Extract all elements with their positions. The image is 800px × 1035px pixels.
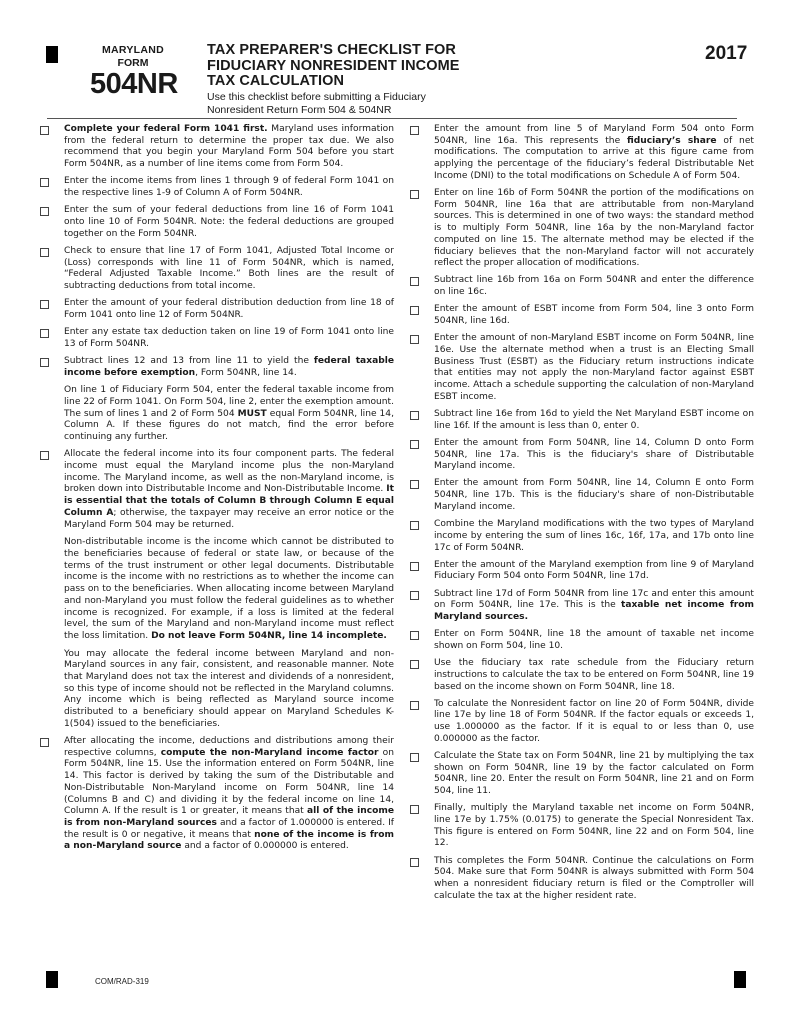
checklist-item-text: After allocating the income, deductions … bbox=[64, 736, 394, 853]
document-title-block: TAX PREPARER'S CHECKLIST FOR FIDUCIARY N… bbox=[207, 43, 460, 117]
checklist-item: Allocate the federal income into its fou… bbox=[40, 449, 394, 730]
empty-checkbox-icon[interactable] bbox=[410, 190, 419, 199]
registration-mark-bottom-right bbox=[734, 971, 746, 988]
checklist-item: Calculate the State tax on Form 504NR, l… bbox=[410, 751, 754, 798]
checklist-item-text: Subtract line 16b from 16a on Form 504NR… bbox=[434, 275, 754, 298]
checklist-item-text: Use the fiduciary tax rate schedule from… bbox=[434, 658, 754, 693]
checklist-item-text: Enter the amount from Form 504NR, line 1… bbox=[434, 438, 754, 473]
body-text: and a factor of 0.000000 is entered. bbox=[181, 841, 348, 851]
checklist-item-text: This completes the Form 504NR. Continue … bbox=[434, 856, 754, 903]
empty-checkbox-icon[interactable] bbox=[410, 701, 419, 710]
body-text: To calculate the Nonresident factor on l… bbox=[434, 699, 754, 744]
checklist-item-text: Complete your federal Form 1041 first. M… bbox=[64, 124, 394, 171]
subtitle-line-2: Nonresident Return Form 504 & 504NR bbox=[207, 104, 460, 117]
checklist-item: Enter the amount of your federal distrib… bbox=[40, 298, 394, 321]
page-title-line-1: TAX PREPARER'S CHECKLIST FOR bbox=[207, 43, 460, 59]
body-text: Enter the amount from Form 504NR, line 1… bbox=[434, 438, 754, 471]
empty-checkbox-icon[interactable] bbox=[410, 805, 419, 814]
body-text: This completes the Form 504NR. Continue … bbox=[434, 856, 754, 901]
checklist-item: Enter the amount of non-Maryland ESBT in… bbox=[410, 333, 754, 403]
body-text: Subtract lines 12 and 13 from line 11 to… bbox=[64, 356, 314, 366]
body-text: Enter on line 16b of Form 504NR the port… bbox=[434, 188, 754, 268]
empty-checkbox-icon[interactable] bbox=[410, 480, 419, 489]
body-text: Enter on Form 504NR, line 18 the amount … bbox=[434, 629, 754, 651]
checklist-item: Check to ensure that line 17 of Form 104… bbox=[40, 246, 394, 293]
checklist-item: Subtract line 16b from 16a on Form 504NR… bbox=[410, 275, 754, 298]
form-number: 504NR bbox=[90, 69, 176, 99]
checklist-item: Enter the amount from Form 504NR, line 1… bbox=[410, 438, 754, 473]
checklist-item: After allocating the income, deductions … bbox=[40, 736, 394, 853]
checklist-item: Enter any estate tax deduction taken on … bbox=[40, 327, 394, 350]
body-text: Enter the amount of your federal distrib… bbox=[64, 298, 394, 320]
emphasis-text: Complete your federal Form 1041 first. bbox=[64, 124, 268, 134]
empty-checkbox-icon[interactable] bbox=[410, 335, 419, 344]
registration-mark-top-left bbox=[46, 46, 58, 63]
checklist-item-text: On line 1 of Fiduciary Form 504, enter t… bbox=[64, 385, 394, 444]
empty-checkbox-icon[interactable] bbox=[410, 411, 419, 420]
empty-checkbox-icon[interactable] bbox=[40, 178, 49, 187]
emphasis-text: Do not leave Form 504NR, line 14 incompl… bbox=[151, 631, 387, 641]
empty-checkbox-icon[interactable] bbox=[410, 753, 419, 762]
tax-year: 2017 bbox=[705, 43, 747, 65]
checklist-right-column: Enter the amount from line 5 of Maryland… bbox=[410, 124, 754, 908]
checklist-item: This completes the Form 504NR. Continue … bbox=[410, 856, 754, 903]
checklist-item-text: Enter the amount of ESBT income from For… bbox=[434, 304, 754, 327]
empty-checkbox-icon[interactable] bbox=[410, 858, 419, 867]
body-text: Calculate the State tax on Form 504NR, l… bbox=[434, 751, 754, 796]
checklist-item: Subtract line 17d of Form 504NR from lin… bbox=[410, 589, 754, 624]
body-text: Subtract line 16e from 16d to yield the … bbox=[434, 409, 754, 431]
checklist-item-text: Subtract line 17d of Form 504NR from lin… bbox=[434, 589, 754, 624]
checklist-item: Enter the sum of your federal deductions… bbox=[40, 205, 394, 240]
empty-checkbox-icon[interactable] bbox=[40, 738, 49, 747]
body-text: ; otherwise, the taxpayer may receive an… bbox=[64, 508, 394, 530]
checklist-item: Finally, multiply the Maryland taxable n… bbox=[410, 803, 754, 850]
empty-checkbox-icon[interactable] bbox=[40, 358, 49, 367]
empty-checkbox-icon[interactable] bbox=[410, 277, 419, 286]
checklist-item-text: Enter any estate tax deduction taken on … bbox=[64, 327, 394, 350]
checklist-item-text: Subtract lines 12 and 13 from line 11 to… bbox=[64, 356, 394, 379]
empty-checkbox-icon[interactable] bbox=[40, 126, 49, 135]
header-divider bbox=[47, 118, 737, 119]
checklist-item-text: Enter the amount of your federal distrib… bbox=[64, 298, 394, 321]
checklist-item: Combine the Maryland modifications with … bbox=[410, 519, 754, 554]
empty-checkbox-icon[interactable] bbox=[40, 300, 49, 309]
checklist-item-text: To calculate the Nonresident factor on l… bbox=[434, 699, 754, 746]
checklist-item-text: Check to ensure that line 17 of Form 104… bbox=[64, 246, 394, 293]
checklist-item: Complete your federal Form 1041 first. M… bbox=[40, 124, 394, 171]
emphasis-text: fiduciary’s share bbox=[627, 136, 716, 146]
subtitle-line-1: Use this checklist before submitting a F… bbox=[207, 91, 460, 104]
page-title-line-3: TAX CALCULATION bbox=[207, 74, 460, 90]
body-text: Use the fiduciary tax rate schedule from… bbox=[434, 658, 754, 691]
empty-checkbox-icon[interactable] bbox=[410, 660, 419, 669]
form-code: COM/RAD-319 bbox=[95, 977, 149, 986]
checklist-item-text: Enter the income items from lines 1 thro… bbox=[64, 176, 394, 199]
checklist-item: Enter the amount of ESBT income from For… bbox=[410, 304, 754, 327]
checklist-item: To calculate the Nonresident factor on l… bbox=[410, 699, 754, 746]
empty-checkbox-icon[interactable] bbox=[410, 631, 419, 640]
checklist-item-text: Finally, multiply the Maryland taxable n… bbox=[434, 803, 754, 850]
checklist-item-text: You may allocate the federal income betw… bbox=[64, 649, 394, 731]
checklist-item-text: Enter on Form 504NR, line 18 the amount … bbox=[434, 629, 754, 652]
body-text: Enter the amount from Form 504NR, line 1… bbox=[434, 478, 754, 511]
checklist-item: Enter the income items from lines 1 thro… bbox=[40, 176, 394, 199]
body-text: You may allocate the federal income betw… bbox=[64, 649, 394, 729]
checklist-item-text: Enter the amount of non-Maryland ESBT in… bbox=[434, 333, 754, 403]
body-text: Enter the income items from lines 1 thro… bbox=[64, 176, 394, 198]
checklist-item-text: Enter the amount from line 5 of Maryland… bbox=[434, 124, 754, 183]
form-identifier: MARYLAND FORM 504NR bbox=[90, 44, 176, 99]
registration-mark-bottom-left bbox=[46, 971, 58, 988]
checklist-item: Enter the amount from Form 504NR, line 1… bbox=[410, 478, 754, 513]
body-text: Combine the Maryland modifications with … bbox=[434, 519, 754, 552]
emphasis-text: MUST bbox=[238, 409, 267, 419]
body-text: , Form 504NR, line 14. bbox=[195, 368, 297, 378]
body-text: Finally, multiply the Maryland taxable n… bbox=[434, 803, 754, 848]
body-text: Enter any estate tax deduction taken on … bbox=[64, 327, 394, 349]
body-text: Enter the amount of ESBT income from For… bbox=[434, 304, 754, 326]
checklist-item-text: Calculate the State tax on Form 504NR, l… bbox=[434, 751, 754, 798]
checklist-item: Enter on line 16b of Form 504NR the port… bbox=[410, 188, 754, 270]
empty-checkbox-icon[interactable] bbox=[40, 329, 49, 338]
page-title-line-2: FIDUCIARY NONRESIDENT INCOME bbox=[207, 59, 460, 75]
body-text: Check to ensure that line 17 of Form 104… bbox=[64, 246, 394, 291]
empty-checkbox-icon[interactable] bbox=[40, 207, 49, 216]
checklist-item-text: Combine the Maryland modifications with … bbox=[434, 519, 754, 554]
checklist-item-text: Enter the amount of the Maryland exempti… bbox=[434, 560, 754, 583]
empty-checkbox-icon[interactable] bbox=[410, 126, 419, 135]
checklist-item: Enter on Form 504NR, line 18 the amount … bbox=[410, 629, 754, 652]
checklist-left-column: Complete your federal Form 1041 first. M… bbox=[40, 124, 394, 859]
body-text: Enter the sum of your federal deductions… bbox=[64, 205, 394, 238]
empty-checkbox-icon[interactable] bbox=[410, 562, 419, 571]
empty-checkbox-icon[interactable] bbox=[410, 521, 419, 530]
checklist-item: Enter the amount of the Maryland exempti… bbox=[410, 560, 754, 583]
checklist-item: Subtract line 16e from 16d to yield the … bbox=[410, 409, 754, 432]
checklist-item-text: Allocate the federal income into its fou… bbox=[64, 449, 394, 531]
empty-checkbox-icon[interactable] bbox=[410, 591, 419, 600]
body-text: Non-distributable income is the income w… bbox=[64, 537, 394, 641]
checklist-item: Use the fiduciary tax rate schedule from… bbox=[410, 658, 754, 693]
body-text: Allocate the federal income into its fou… bbox=[64, 449, 394, 494]
checklist-item-text: Enter the amount from Form 504NR, line 1… bbox=[434, 478, 754, 513]
checklist-item-text: Non-distributable income is the income w… bbox=[64, 537, 394, 642]
body-text: Enter the amount of non-Maryland ESBT in… bbox=[434, 333, 754, 402]
checklist-item-text: Subtract line 16e from 16d to yield the … bbox=[434, 409, 754, 432]
empty-checkbox-icon[interactable] bbox=[410, 306, 419, 315]
emphasis-text: compute the non-Maryland income factor bbox=[161, 748, 379, 758]
checklist-item: Subtract lines 12 and 13 from line 11 to… bbox=[40, 356, 394, 444]
form-state: MARYLAND bbox=[90, 44, 176, 57]
body-text: Enter the amount of the Maryland exempti… bbox=[434, 560, 754, 582]
checklist-item: Enter the amount from line 5 of Maryland… bbox=[410, 124, 754, 183]
checklist-item-text: Enter the sum of your federal deductions… bbox=[64, 205, 394, 240]
empty-checkbox-icon[interactable] bbox=[40, 451, 49, 460]
empty-checkbox-icon[interactable] bbox=[410, 440, 419, 449]
empty-checkbox-icon[interactable] bbox=[40, 248, 49, 257]
body-text: Subtract line 16b from 16a on Form 504NR… bbox=[434, 275, 754, 297]
checklist-item-text: Enter on line 16b of Form 504NR the port… bbox=[434, 188, 754, 270]
